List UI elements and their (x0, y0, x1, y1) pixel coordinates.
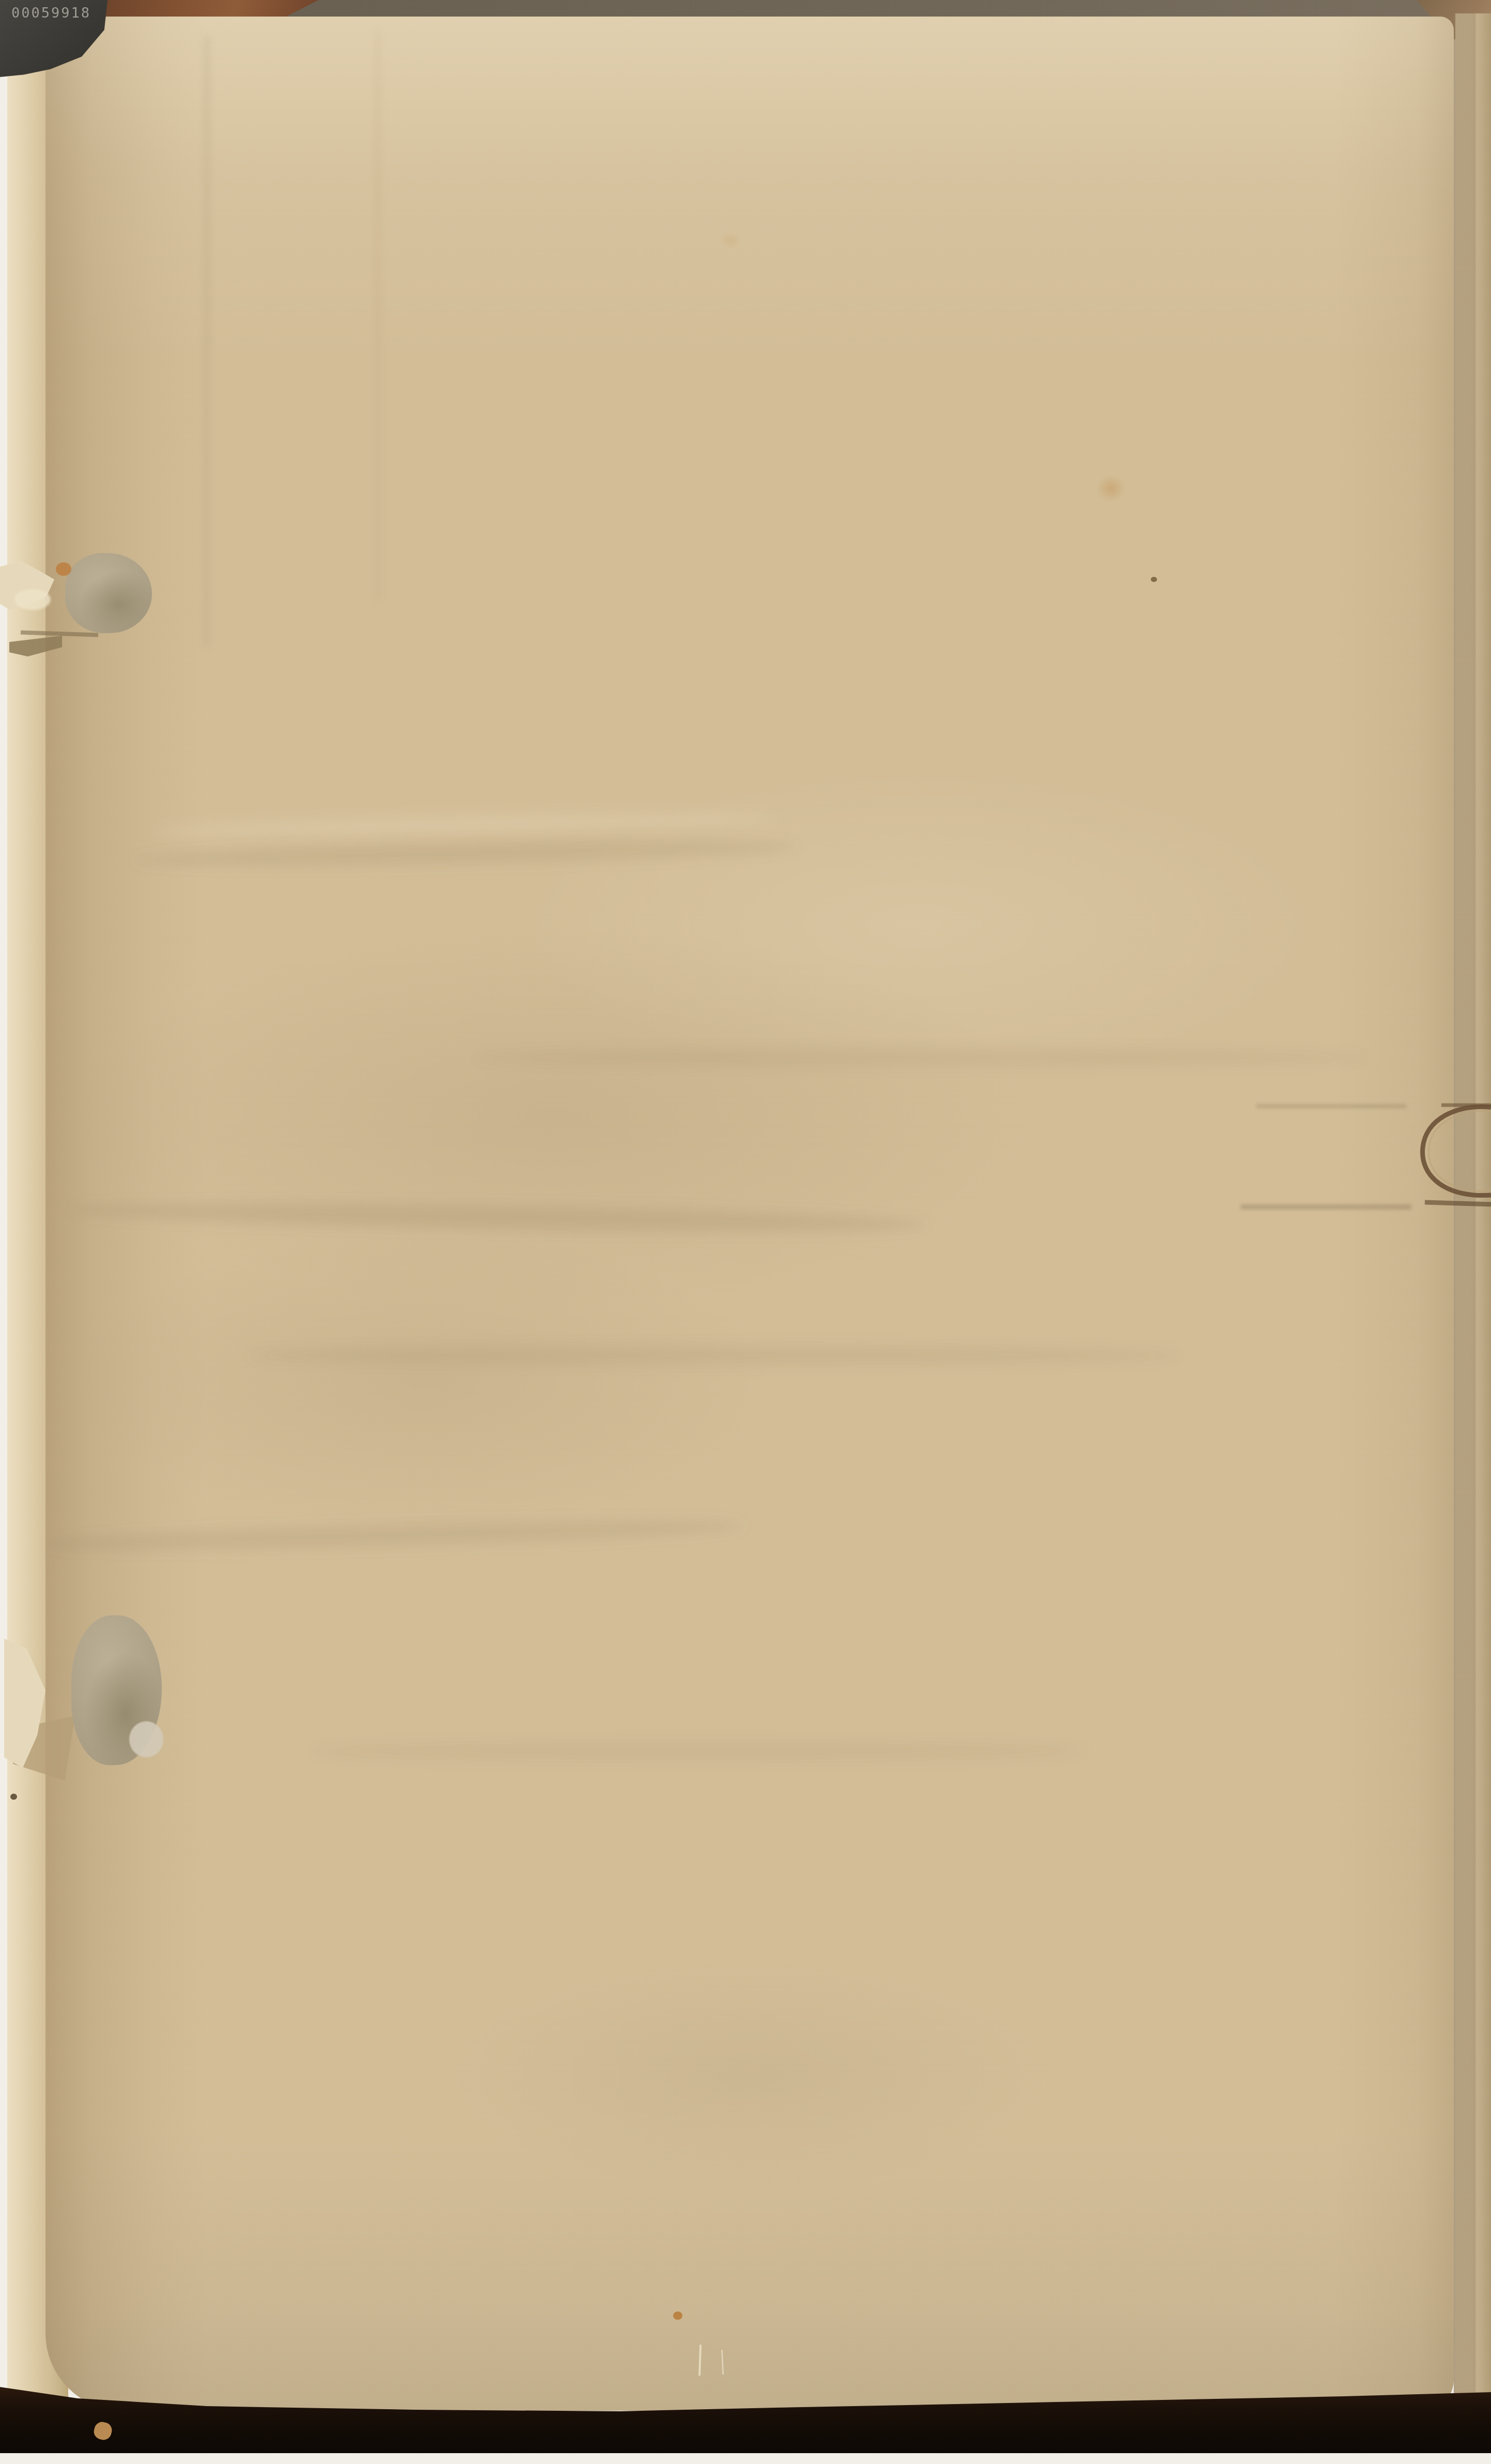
clip-crease-line (1256, 1104, 1406, 1108)
foxing-spot (1096, 475, 1126, 502)
book-page-scan: 00059918 (0, 0, 1491, 2464)
page-stack-right-edge (1454, 13, 1491, 2450)
orange-speck (673, 2312, 682, 2320)
clip-crease-line (1241, 1204, 1411, 1210)
foxing-spot (720, 232, 741, 249)
tear-highlight (129, 1721, 163, 1757)
orange-fleck (56, 562, 71, 576)
wrinkle-crease (310, 1741, 1086, 1762)
vertical-crease (376, 31, 379, 600)
watermark-text: 00059918 (11, 5, 91, 21)
wrinkle-crease (476, 1048, 1365, 1067)
ink-speck (10, 1794, 17, 1800)
glue-residue (65, 553, 152, 633)
vertical-crease (205, 36, 209, 646)
tear-highlight (14, 589, 51, 610)
wrinkle-crease (248, 1345, 1179, 1366)
clip-shadow-bottom (1425, 1202, 1491, 1204)
metal-clip (1396, 1084, 1491, 1219)
ink-speck (1151, 577, 1157, 582)
clip-wire (1423, 1107, 1491, 1195)
